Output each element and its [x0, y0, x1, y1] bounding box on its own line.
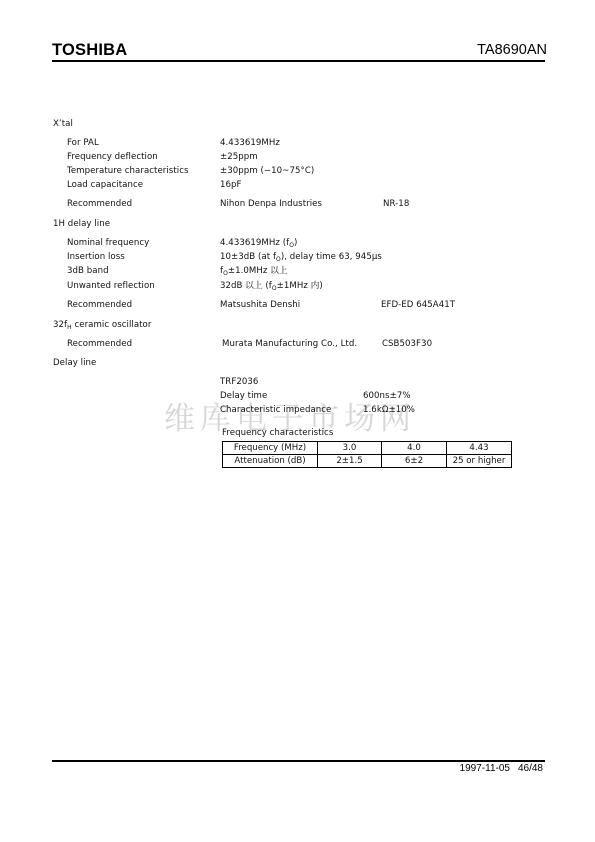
- xtal-value-temp-char: ±30ppm (−10~75°C): [220, 166, 314, 177]
- ceramic-recommended-model: CSB503F30: [382, 339, 432, 350]
- xtal-value-freq-deflection: ±25ppm: [220, 152, 258, 163]
- footer-date: 1997-11-05: [460, 763, 510, 774]
- delay1h-value-nominal-freq: 4.433619MHz (fO): [220, 238, 297, 249]
- footer: 1997-11-0546/48: [460, 763, 543, 774]
- delay1h-label-nominal-freq: Nominal frequency: [67, 238, 149, 249]
- xtal-recommended-model: NR-18: [383, 199, 409, 210]
- table-cell: 3.0: [318, 442, 382, 455]
- header-rule: [52, 60, 545, 62]
- footer-rule: [52, 760, 545, 762]
- delay-line-model: TRF2036: [220, 377, 258, 388]
- delay1h-recommended-label: Recommended: [67, 300, 132, 311]
- delay1h-recommended-maker: Matsushita Denshi: [220, 300, 300, 311]
- section-title-ceramic-oscillator: 32fH ceramic oscillator: [53, 320, 151, 331]
- xtal-label-freq-deflection: Frequency deflection: [67, 152, 158, 163]
- xtal-value-load-cap: 16pF: [220, 180, 242, 191]
- delay1h-recommended-model: EFD-ED 645A41T: [381, 300, 455, 311]
- part-number: TA8690AN: [477, 42, 547, 58]
- delay1h-label-insertion-loss: Insertion loss: [67, 252, 125, 263]
- delay-line-value-delay-time: 600ns±7%: [363, 391, 411, 402]
- xtal-label-for-pal: For PAL: [67, 138, 99, 149]
- xtal-label-load-cap: Load capacitance: [67, 180, 143, 191]
- section-title-delay-line: Delay line: [53, 358, 96, 369]
- xtal-value-for-pal: 4.433619MHz: [220, 138, 280, 149]
- table-cell: 4.0: [382, 442, 447, 455]
- delay-line-label-impedance: Characteristic impedance: [220, 405, 331, 416]
- delay-line-label-delay-time: Delay time: [220, 391, 267, 402]
- ceramic-recommended-label: Recommended: [67, 339, 132, 350]
- table-cell: 4.43: [447, 442, 512, 455]
- delay1h-value-3db-band: fO±1.0MHz 以上: [220, 266, 288, 277]
- ceramic-recommended-maker: Murata Manufacturing Co., Ltd.: [222, 339, 357, 350]
- delay1h-label-unwanted-reflection: Unwanted reflection: [67, 281, 155, 292]
- xtal-recommended-maker: Nihon Denpa Industries: [220, 199, 322, 210]
- footer-page-number: 46/48: [518, 763, 543, 774]
- table-row: Frequency (MHz) 3.0 4.0 4.43: [223, 442, 512, 455]
- delay1h-value-insertion-loss: 10±3dB (at fO), delay time 63, 945μs: [220, 252, 382, 263]
- freq-characteristics-title: Frequency characteristics: [222, 428, 333, 439]
- frequency-characteristics-table: Frequency (MHz) 3.0 4.0 4.43 Attenuation…: [222, 441, 512, 468]
- table-cell-header: Frequency (MHz): [223, 442, 318, 455]
- xtal-recommended-label: Recommended: [67, 199, 132, 210]
- section-title-1h-delay: 1H delay line: [53, 219, 110, 230]
- table-row: Attenuation (dB) 2±1.5 6±2 25 or higher: [223, 455, 512, 468]
- delay1h-label-3db-band: 3dB band: [67, 266, 109, 277]
- delay1h-value-unwanted-reflection: 32dB 以上 (fO±1MHz 内): [220, 281, 323, 292]
- table-cell: 25 or higher: [447, 455, 512, 468]
- brand-logo: TOSHIBA: [52, 41, 127, 60]
- table-cell-header: Attenuation (dB): [223, 455, 318, 468]
- delay-line-value-impedance: 1.6kΩ±10%: [363, 405, 415, 416]
- xtal-label-temp-char: Temperature characteristics: [67, 166, 189, 177]
- section-title-xtal: X’tal: [53, 119, 73, 130]
- table-cell: 2±1.5: [318, 455, 382, 468]
- table-cell: 6±2: [382, 455, 447, 468]
